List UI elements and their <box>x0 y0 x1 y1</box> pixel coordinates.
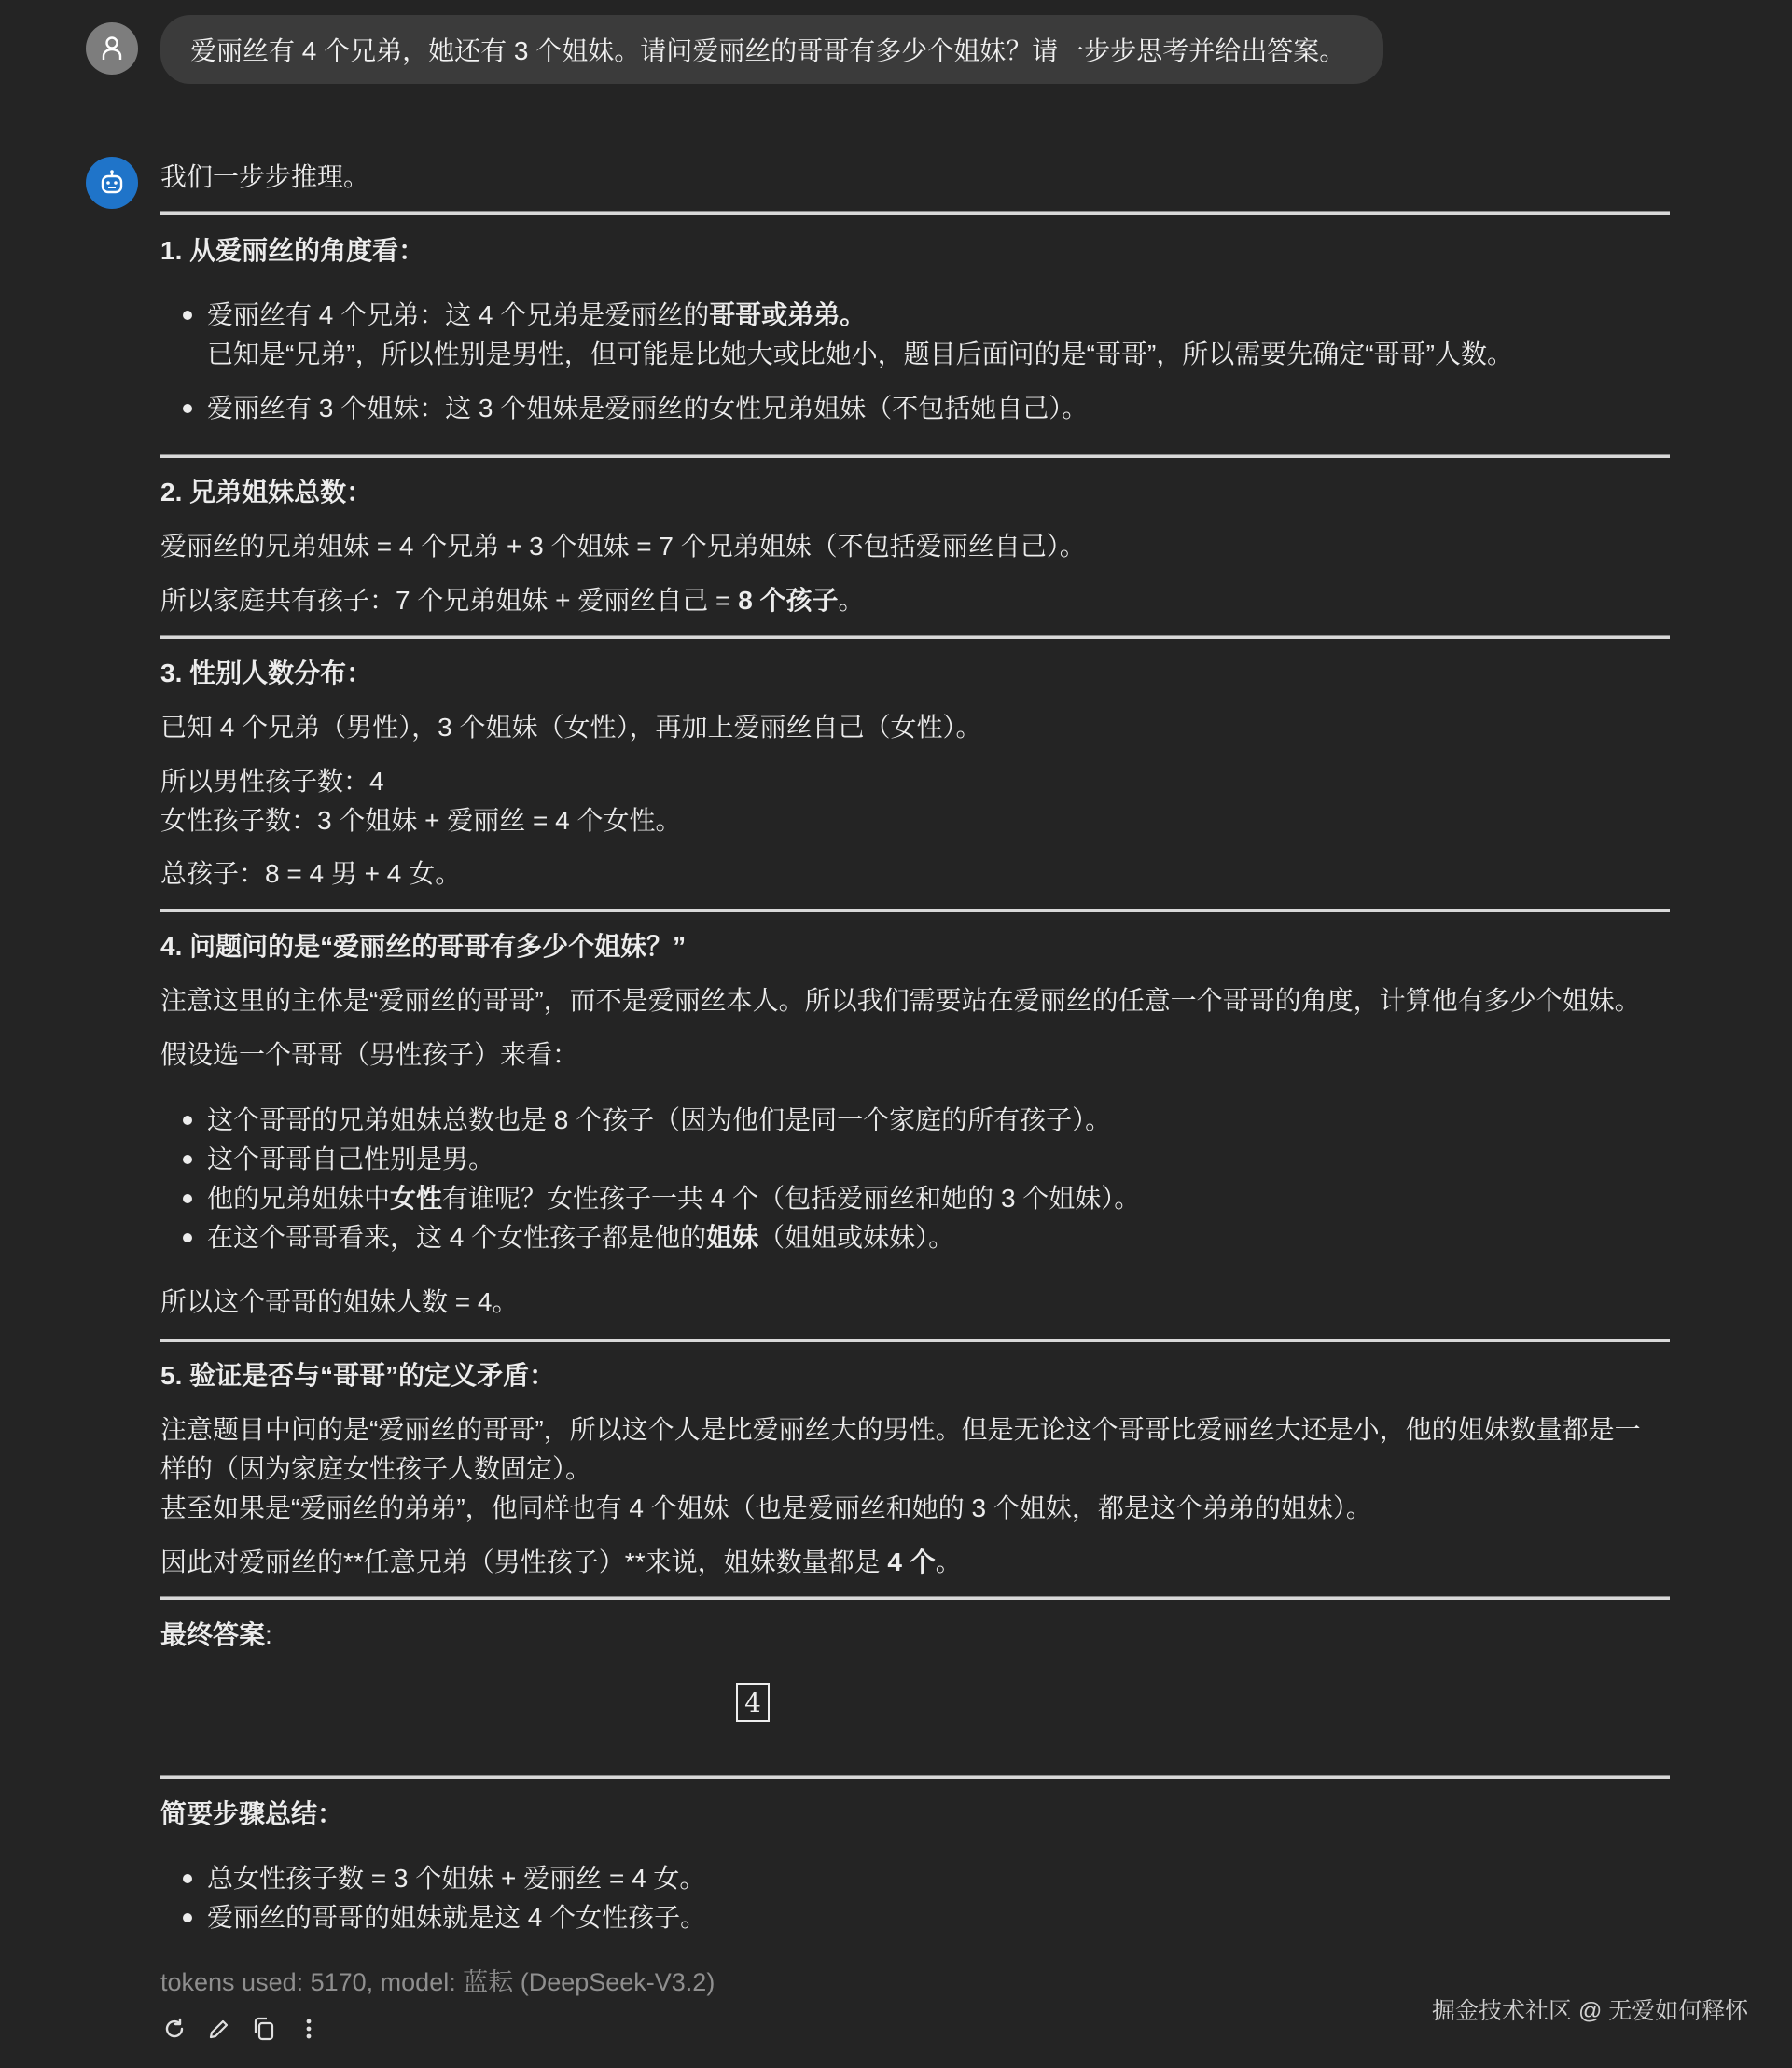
summary-heading: 简要步骤总结： <box>160 1796 1670 1833</box>
divider <box>160 635 1670 639</box>
final-answer-value: 4 <box>744 1687 761 1718</box>
divider <box>160 454 1670 458</box>
divider <box>160 1596 1670 1600</box>
section4-line2: 假设选一个哥哥（男性孩子）来看： <box>160 1036 1670 1074</box>
intro-text: 我们一步步推理。 <box>160 159 1670 196</box>
bullet-dot <box>183 1874 192 1883</box>
section5-line1: 注意题目中问的是“爱丽丝的哥哥”，所以这个人是比爱丽丝大的男性。但是无论这个哥哥… <box>160 1411 1670 1449</box>
edit-button[interactable] <box>205 2015 233 2043</box>
regenerate-button[interactable] <box>160 2015 188 2043</box>
user-message-text: 爱丽丝有 4 个兄弟，她还有 3 个姐妹。请问爱丽丝的哥哥有多少个姐妹？请一步步… <box>190 31 1345 68</box>
section5-line4: 因此对爱丽丝的**任意兄弟（男性孩子）**来说，姐妹数量都是 4 个。 <box>160 1544 1670 1581</box>
section4-bullet1: 这个哥哥的兄弟姐妹总数也是 8 个孩子（因为他们是同一个家庭的所有孩子）。 <box>207 1102 1716 1139</box>
bullet-dot <box>183 1155 192 1164</box>
section1-bullet2: 爱丽丝有 3 个姐妹：这 3 个姐妹是爱丽丝的女性兄弟姐妹（不包括她自己）。 <box>207 390 1716 427</box>
divider <box>160 1339 1670 1342</box>
section2-line2: 所以家庭共有孩子：7 个兄弟姐妹 + 爱丽丝自己 = 8 个孩子。 <box>160 582 1670 619</box>
more-vertical-icon <box>304 2017 313 2041</box>
bullet-dot <box>183 311 192 320</box>
section3-line4: 总孩子：8 = 4 男 + 4 女。 <box>160 855 1670 893</box>
person-icon <box>101 35 123 62</box>
section1-bullet1: 爱丽丝有 4 个兄弟：这 4 个兄弟是爱丽丝的哥哥或弟弟。 <box>207 297 1716 334</box>
copy-button[interactable] <box>250 2015 278 2043</box>
message-actions <box>160 2015 323 2043</box>
section2-heading: 2. 兄弟姐妹总数： <box>160 474 1670 511</box>
final-answer-heading: 最终答案: <box>160 1617 1670 1654</box>
section3-line1: 已知 4 个兄弟（男性），3 个姐妹（女性），再加上爱丽丝自己（女性）。 <box>160 709 1670 746</box>
section4-bullet4: 在这个哥哥看来，这 4 个女性孩子都是他的姐妹（姐姐或妹妹）。 <box>207 1219 1716 1256</box>
pencil-icon <box>207 2017 231 2041</box>
summary-bullet1: 总女性孩子数 = 3 个姐妹 + 爱丽丝 = 4 女。 <box>207 1860 1716 1897</box>
section5-heading: 5. 验证是否与“哥哥”的定义矛盾： <box>160 1357 1670 1395</box>
section3-heading: 3. 性别人数分布： <box>160 655 1670 692</box>
bullet-dot <box>183 1913 192 1922</box>
robot-icon <box>98 169 126 197</box>
section5-line2: 样的（因为家庭女性孩子人数固定）。 <box>160 1450 1670 1488</box>
assistant-avatar <box>86 157 138 209</box>
section4-bullet2: 这个哥哥自己性别是男。 <box>207 1141 1716 1178</box>
section4-bullet3: 他的兄弟姐妹中女性有谁呢？女性孩子一共 4 个（包括爱丽丝和她的 3 个姐妹）。 <box>207 1180 1716 1217</box>
section3-line2: 所以男性孩子数：4 <box>160 763 1670 800</box>
user-avatar <box>86 22 138 75</box>
watermark: 掘金技术社区 @ 无爱如何释怀 <box>1432 1992 1748 2026</box>
summary-bullet2: 爱丽丝的哥哥的姐妹就是这 4 个女性孩子。 <box>207 1899 1716 1936</box>
divider <box>160 211 1670 215</box>
copy-icon <box>252 2016 276 2042</box>
bullet-dot <box>183 1116 192 1125</box>
refresh-icon <box>162 2017 187 2041</box>
bullet-dot <box>183 1194 192 1203</box>
section4-line1: 注意这里的主体是“爱丽丝的哥哥”，而不是爱丽丝本人。所以我们需要站在爱丽丝的任意… <box>160 982 1670 1020</box>
user-message-bubble: 爱丽丝有 4 个兄弟，她还有 3 个姐妹。请问爱丽丝的哥哥有多少个姐妹？请一步步… <box>160 15 1383 84</box>
section3-line3: 女性孩子数：3 个姐妹 + 爱丽丝 = 4 个女性。 <box>160 802 1670 840</box>
more-options-button[interactable] <box>295 2015 323 2043</box>
section4-conclusion: 所以这个哥哥的姐妹人数 = 4。 <box>160 1284 1670 1321</box>
section1-heading: 1. 从爱丽丝的角度看： <box>160 232 1670 270</box>
section4-heading: 4. 问题问的是“爱丽丝的哥哥有多少个姐妹？” <box>160 928 1670 965</box>
divider <box>160 909 1670 912</box>
bullet-dot <box>183 1233 192 1242</box>
section5-line3: 甚至如果是“爱丽丝的弟弟”，他同样也有 4 个姐妹（也是爱丽丝和她的 3 个姐妹… <box>160 1490 1670 1527</box>
bullet-dot <box>183 404 192 413</box>
section1-bullet1-continued: 已知是“兄弟”，所以性别是男性，但可能是比她大或比她小，题目后面问的是“哥哥”，… <box>207 336 1716 373</box>
final-answer-box: 4 <box>736 1683 770 1722</box>
divider <box>160 1775 1670 1779</box>
section2-line1: 爱丽丝的兄弟姐妹 = 4 个兄弟 + 3 个姐妹 = 7 个兄弟姐妹（不包括爱丽… <box>160 528 1670 565</box>
